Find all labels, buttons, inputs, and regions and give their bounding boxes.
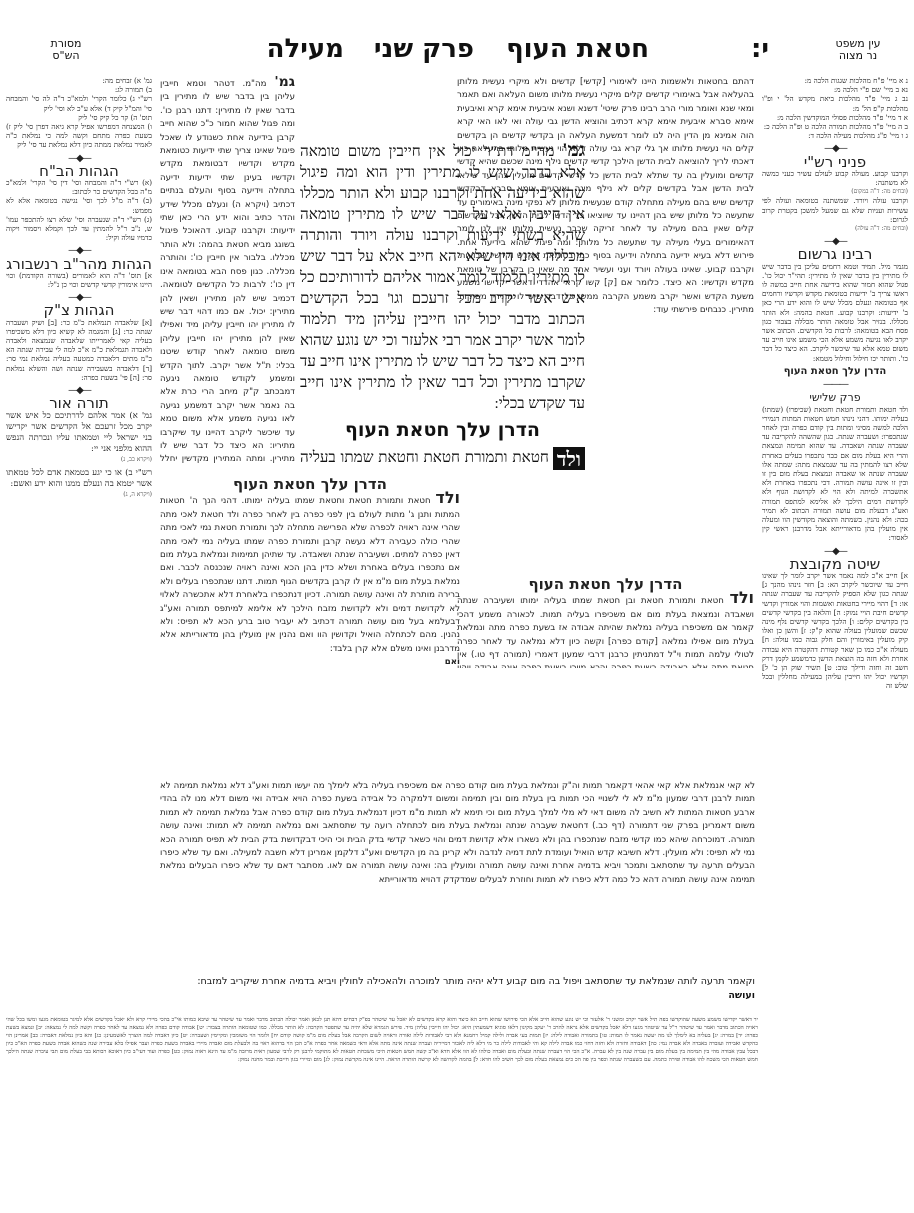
ornament-divider-icon: ——— (762, 380, 908, 389)
torah-or-ref: (ויקרא כב, ג) (6, 455, 152, 464)
rashi-siyum-heading: הדרן עלך חטאת העוף (160, 478, 460, 491)
pninei-rashi-title: פניני רש"י (762, 158, 908, 167)
perek-number: פרק שני (374, 34, 474, 64)
shita-mekubetzet-text: א] חייב א"כ למה נאמר אשר יקרב לומר לך שא… (762, 571, 908, 691)
pninei-rashi-ref: (ובחים מה: ד"ה עולה) (762, 224, 908, 233)
perek-shlishi-text: ולד חטאת ותמורת חטאת וחטאת (שכיפרו) (שמת… (762, 405, 908, 543)
torah-or-verse: רש"י ב) או כי יגע בטמאת אדם לכל טמאתו אש… (6, 468, 152, 490)
shita-mekubetzet-title: שיטה מקובצת (762, 560, 908, 569)
tosafot-bottom-text: לא קאי אנמלאת אלא קאי אהאי דקאמר תמות וה… (160, 781, 755, 885)
siyum-small: הדרן עלך חטאת העוף (762, 367, 908, 376)
tosafot-siyum-heading: הדרן עלך חטאת העוף (457, 578, 754, 591)
tosafot-continue-word: ועושה (160, 989, 755, 1003)
hagahot-habach-title: הגהות הב"ח (6, 167, 152, 176)
rashi-second-block: הדרן עלך חטאת העוף ולד חטאת ותמורת חטאת … (160, 478, 460, 668)
hagahot-habach-entry: (א) רש"י ד"ה והמבחה וסי' דין סי' הקרי' ו… (6, 178, 152, 196)
rashi-lead-word: גמ' (274, 76, 295, 90)
torah-or-verse: גמ' א) אמר אלהם לדרתיכם כל איש אשר יקרב … (6, 411, 152, 455)
hashas-text: הש"ס (46, 50, 86, 62)
tosafot-middle-block: הדרן עלך חטאת העוף ולד חטאת ותמורת חטאת … (457, 478, 754, 668)
rashi-text: מה"מ. דטהר וטמא חייבין עליהן בין בדבר שי… (160, 79, 295, 468)
perek-name: חטאת העוף (506, 34, 649, 64)
rashi-top-block: גמ' מה"מ. דטהר וטמא חייבין עליהן בין בדב… (160, 76, 295, 468)
ner-mitzvah-text: נר מצוה (828, 50, 888, 62)
footer-notes-text: יר דאשר יקדישו משמע משעה שהוקדשו בפה תיל… (6, 1017, 758, 1063)
mishna-text: חטאת ותמורת חטאת וחטאת שמתו בעליה ימותו … (300, 449, 585, 470)
hagahot-habach-entry: (ב) ד"ה מ"ל לכך וסי' נגישה בטומאה אלא לא… (6, 196, 152, 214)
right-margin-column: נ א מיי' פ"ח מהלכות שגגות הלכה מ: נא ב מ… (762, 76, 908, 1191)
mesoret-entry: ו) המצנחה דמפרשו אפיל קרא גיאה דפרן סי' … (6, 122, 152, 150)
mesoret-entry: גמ' א) זבחים מה: (6, 76, 152, 85)
tractate-title: מעילה (267, 34, 344, 64)
gemara-text: מה"מ דת"ר יכול אין חייבין משום טומאה אלא… (300, 143, 585, 412)
mesoret-entry: רש"י ג) כלומר הקרי' ולמא"כ ד"ה לה סי' וה… (6, 94, 152, 112)
footer-notes-block: יר דאשר יקדישו משמע משעה שהוקדשו בפה תיל… (6, 1016, 758, 1100)
pninei-rashi-ref: (ובחים מה: ד"ה במקום) (762, 187, 908, 196)
main-gemara-block: גמ' מה"מ דת"ר יכול אין חייבין משום טומאה… (300, 140, 585, 470)
rabbeinu-gershom-text: מגמר מיל. תמיד וטמא רחמים עליכן בין בדבר… (762, 262, 908, 363)
siyum-heading: הדרן עלך חטאת העוף (300, 420, 585, 441)
tosafot-bottom-block: לא קאי אנמלאת אלא קאי אהאי דקאמר תמות וה… (160, 780, 755, 975)
tosafot-mishna-lead: ולד (729, 588, 754, 607)
tosafot-last-line-text: וקאמר תרעה לותה שנמלאת עד שתסתאב ויפול ב… (197, 976, 755, 987)
hagahot-maharab-title: הגהות מהר"ב רנשבורג (6, 260, 152, 269)
torah-or-title: תורה אור (6, 399, 152, 408)
hagahot-tzak-title: הגהות צ"ק (6, 306, 152, 315)
hagahot-habach-entry: (ג) רש"י ד"ה שנעברה וסי' שלא רצו להתכפר … (6, 215, 152, 243)
mishna-badge: ולד (553, 447, 585, 470)
hagahot-tzak-text: [א] שלאבדה תנמלאת כ"מ כר: [ב] ושיק ושעבר… (6, 318, 152, 382)
tosafot-mishna-text: חטאת ותמורת חטאת ובן חטאת שמתו בעליה ימו… (457, 596, 754, 668)
mesoret-hashas-label: מסורת הש"ס (46, 38, 86, 62)
torah-or-ref: (ויקרא ה, ג) (6, 490, 152, 499)
mesoret-entry: תוס' ה) קר כל קיק סי' ליק (6, 113, 152, 122)
pninei-rashi-entry: וקרבנו קבוע. מעולה קבוע לעולם עשיר כעני … (762, 169, 908, 187)
rashi-continue-word: ואם (160, 656, 460, 668)
ein-mishpat-entry: ג ו מיי' פ"ג מהלכות מעילה הלכה ד: (762, 131, 908, 140)
perek-shlishi-title: פרק שלישי (762, 393, 908, 402)
ein-mishpat-entry: נ א מיי' פ"ח מהלכות שגגות הלכה מ: (762, 76, 908, 85)
hagahot-maharab-text: א] תוס' ד"ה הוא לאמורים (בשורה הקודמת) ו… (6, 271, 152, 289)
gemara-lead-word: גמ' (562, 140, 585, 161)
left-margin-column: גמ' א) זבחים מה: ב) תמורה לג: רש"י ג) כל… (6, 76, 152, 696)
ein-mishpat-entry: נב ג מיי' פ"ד מהלכות ביאת מקדש הל' י ופ"… (762, 94, 908, 112)
tosafot-last-line: וקאמר תרעה לותה שנמלאת עד שתסתאב ויפול ב… (160, 975, 755, 1005)
rabbeinu-gershom-title: רבינו גרשום (762, 250, 908, 259)
ein-mishpat-entry: ב ה מיי' פ"ד מהלכות תמורה הלכה ט ופ"ה הל… (762, 122, 908, 131)
mesoret-entry: ב) תמורה לג: (6, 85, 152, 94)
ein-mishpat-entry: א ד מיי' פ"ד מהלכות פסולי המוקדשין הלכה … (762, 113, 908, 122)
rashi-second-text: חטאת ותמורת חטאת וחטאת שמתו בעליה ימותו.… (160, 496, 460, 653)
pninei-rashi-entry: וקרבנו עולה ויורד. שמשתנה בטומאה ועולה ל… (762, 196, 908, 224)
ein-mishpat-list: נ א מיי' פ"ח מהלכות שגגות הלכה מ: נא ב מ… (762, 76, 908, 140)
ein-mishpat-entry: נא ב מיי' שם פ"י הלכה מ: (762, 85, 908, 94)
ein-mishpat-label: עין משפט נר מצוה (828, 38, 888, 62)
daf-number: י: (751, 34, 769, 64)
